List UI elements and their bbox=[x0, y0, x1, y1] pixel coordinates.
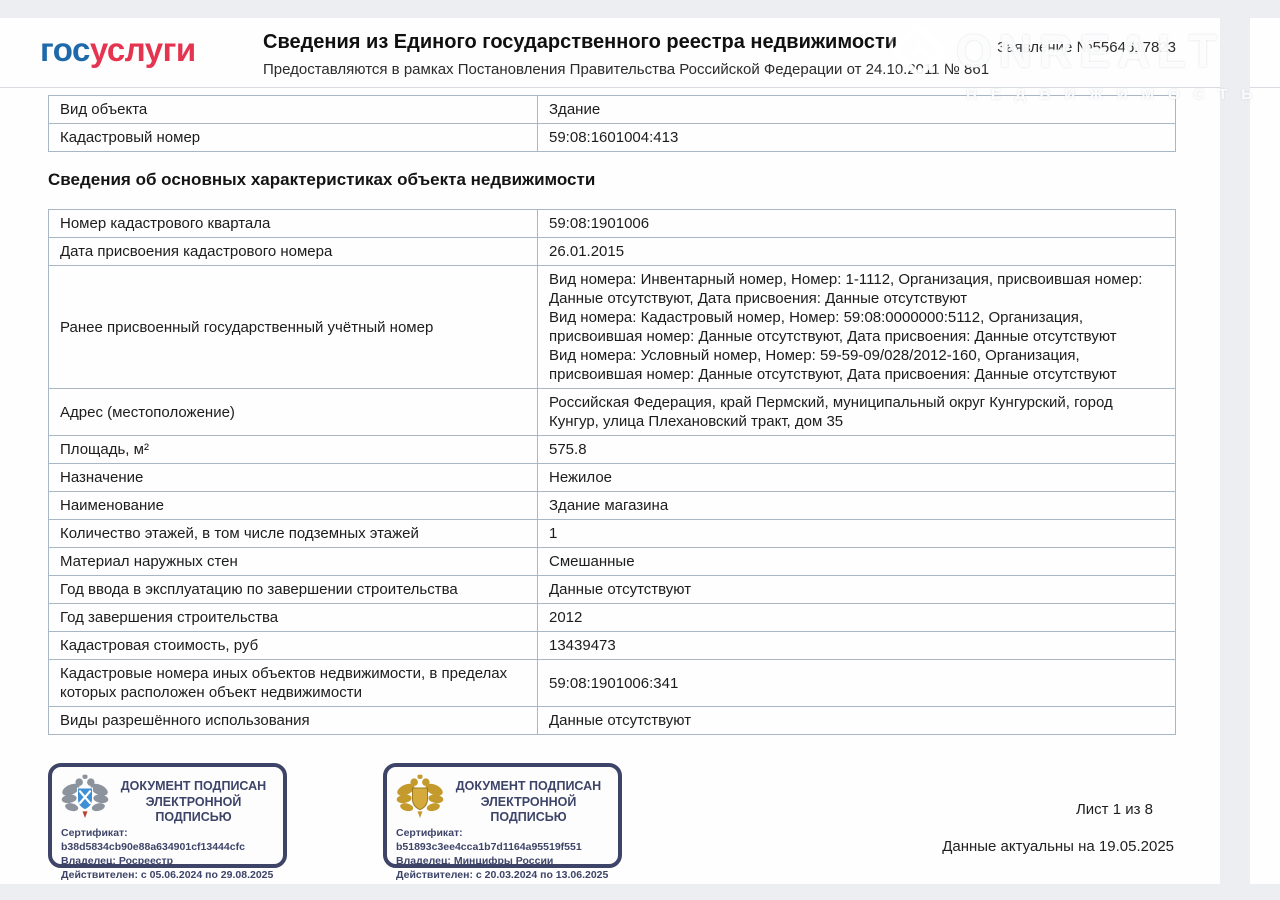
row-label: Кадастровая стоимость, руб bbox=[49, 632, 538, 660]
row-value: Данные отсутствуют bbox=[538, 707, 1176, 735]
table-row: Ранее присвоенный государственный учётны… bbox=[49, 266, 1176, 389]
table-row: Год завершения строительства 2012 bbox=[49, 604, 1176, 632]
stamp-details: Сертификат: b38d5834cb90e88a634901cf1344… bbox=[52, 826, 283, 883]
characteristics-table: Номер кадастрового квартала 59:08:190100… bbox=[48, 209, 1176, 735]
row-value: Вид номера: Инвентарный номер, Номер: 1-… bbox=[538, 266, 1176, 389]
row-value: 2012 bbox=[538, 604, 1176, 632]
row-value: 59:08:1601004:413 bbox=[538, 124, 1176, 152]
signature-stamp-rosreestr: ДОКУМЕНТ ПОДПИСАН ЭЛЕКТРОННОЙ ПОДПИСЬЮ С… bbox=[48, 763, 287, 868]
table-row: Количество этажей, в том числе подземных… bbox=[49, 520, 1176, 548]
object-summary-table: Вид объекта Здание Кадастровый номер 59:… bbox=[48, 95, 1176, 152]
header-divider bbox=[1250, 87, 1280, 88]
row-value: 59:08:1901006 bbox=[538, 210, 1176, 238]
logo-part-red: услуги bbox=[90, 31, 196, 68]
stamp-details: Сертификат: b51893c3ee4cca1b7d1164a95519… bbox=[387, 826, 618, 883]
stamp-certificate: Сертификат: b51893c3ee4cca1b7d1164a95519… bbox=[396, 827, 610, 855]
table-row: Виды разрешённого использования Данные о… bbox=[49, 707, 1176, 735]
row-label: Количество этажей, в том числе подземных… bbox=[49, 520, 538, 548]
row-value: Российская Федерация, край Пермский, мун… bbox=[538, 389, 1176, 436]
stamp-title: ДОКУМЕНТ ПОДПИСАН ЭЛЕКТРОННОЙ ПОДПИСЬЮ bbox=[110, 772, 277, 826]
table-row: Вид объекта Здание bbox=[49, 96, 1176, 124]
row-value: 575.8 bbox=[538, 436, 1176, 464]
table-row: Площадь, м² 575.8 bbox=[49, 436, 1176, 464]
table-row: Назначение Нежилое bbox=[49, 464, 1176, 492]
row-value: 59:08:1901006:341 bbox=[538, 660, 1176, 707]
row-value: Здание магазина bbox=[538, 492, 1176, 520]
table-row: Кадастровая стоимость, руб 13439473 bbox=[49, 632, 1176, 660]
gold-eagle-icon bbox=[395, 772, 445, 824]
row-value: Здание bbox=[538, 96, 1176, 124]
viewer-canvas: госуслуги Сведения из Единого государств… bbox=[0, 0, 1280, 900]
table-row: Кадастровый номер 59:08:1601004:413 bbox=[49, 124, 1176, 152]
document-subtitle: Предоставляются в рамках Постановления П… bbox=[263, 61, 989, 78]
document-title: Сведения из Единого государственного рее… bbox=[263, 31, 897, 54]
header-divider bbox=[0, 87, 1220, 88]
stamp-validity: Действителен: с 05.06.2024 по 29.08.2025 bbox=[61, 869, 275, 883]
stamp-certificate: Сертификат: b38d5834cb90e88a634901cf1344… bbox=[61, 827, 275, 855]
stamp-title: ДОКУМЕНТ ПОДПИСАН ЭЛЕКТРОННОЙ ПОДПИСЬЮ bbox=[445, 772, 612, 826]
section-title: Сведения об основных характеристиках объ… bbox=[48, 170, 595, 190]
stamp-top: ДОКУМЕНТ ПОДПИСАН ЭЛЕКТРОННОЙ ПОДПИСЬЮ bbox=[387, 767, 618, 826]
table-row: Дата присвоения кадастрового номера 26.0… bbox=[49, 238, 1176, 266]
table-row: Адрес (местоположение) Российская Федера… bbox=[49, 389, 1176, 436]
next-page-sliver bbox=[1250, 18, 1280, 884]
row-label: Дата присвоения кадастрового номера bbox=[49, 238, 538, 266]
row-label: Виды разрешённого использования bbox=[49, 707, 538, 735]
table-row: Материал наружных стен Смешанные bbox=[49, 548, 1176, 576]
row-label: Кадастровые номера иных объектов недвижи… bbox=[49, 660, 538, 707]
stamp-top: ДОКУМЕНТ ПОДПИСАН ЭЛЕКТРОННОЙ ПОДПИСЬЮ bbox=[52, 767, 283, 826]
row-label: Год ввода в эксплуатацию по завершении с… bbox=[49, 576, 538, 604]
table-row: Кадастровые номера иных объектов недвижи… bbox=[49, 660, 1176, 707]
stamp-owner: Владелец: Минцифры России bbox=[396, 855, 610, 869]
rosreestr-eagle-icon bbox=[60, 772, 110, 824]
row-value: Смешанные bbox=[538, 548, 1176, 576]
logo-part-blue: гос bbox=[40, 31, 90, 68]
stamp-owner: Владелец: Росреестр bbox=[61, 855, 275, 869]
row-label: Назначение bbox=[49, 464, 538, 492]
table-row: Номер кадастрового квартала 59:08:190100… bbox=[49, 210, 1176, 238]
signature-stamp-mintsifry: ДОКУМЕНТ ПОДПИСАН ЭЛЕКТРОННОЙ ПОДПИСЬЮ С… bbox=[383, 763, 622, 868]
table-row: Год ввода в эксплуатацию по завершении с… bbox=[49, 576, 1176, 604]
application-number: Заявление №5564617823 bbox=[997, 39, 1176, 56]
row-label: Материал наружных стен bbox=[49, 548, 538, 576]
table-row: Наименование Здание магазина bbox=[49, 492, 1176, 520]
row-value: 13439473 bbox=[538, 632, 1176, 660]
document-page: госуслуги Сведения из Единого государств… bbox=[0, 18, 1220, 884]
stamp-validity: Действителен: с 20.03.2024 по 13.06.2025 bbox=[396, 869, 610, 883]
row-label: Площадь, м² bbox=[49, 436, 538, 464]
row-label: Номер кадастрового квартала bbox=[49, 210, 538, 238]
row-value: Нежилое bbox=[538, 464, 1176, 492]
row-value: 1 bbox=[538, 520, 1176, 548]
row-label: Кадастровый номер bbox=[49, 124, 538, 152]
row-label: Адрес (местоположение) bbox=[49, 389, 538, 436]
row-label: Ранее присвоенный государственный учётны… bbox=[49, 266, 538, 389]
data-actuality: Данные актуальны на 19.05.2025 bbox=[942, 838, 1174, 855]
row-label: Год завершения строительства bbox=[49, 604, 538, 632]
row-label: Вид объекта bbox=[49, 96, 538, 124]
row-value: Данные отсутствуют bbox=[538, 576, 1176, 604]
sheet-number: Лист 1 из 8 bbox=[1076, 801, 1153, 818]
row-label: Наименование bbox=[49, 492, 538, 520]
gosuslugi-logo: госуслуги bbox=[40, 31, 196, 69]
row-value: 26.01.2015 bbox=[538, 238, 1176, 266]
